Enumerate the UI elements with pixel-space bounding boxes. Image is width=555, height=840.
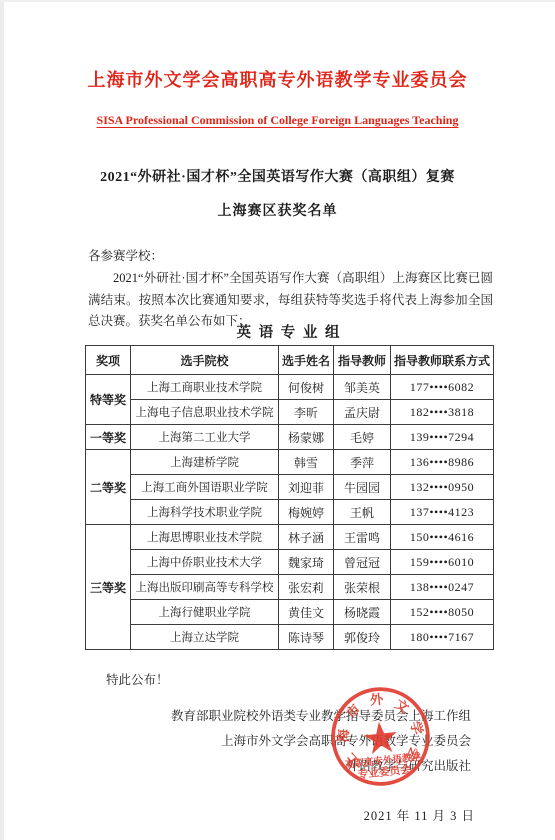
school-cell: 上海建桥学院 — [131, 450, 279, 475]
phone-cell: 137••••4123 — [391, 500, 494, 525]
table-row: 三等奖上海思博职业技术学院林子涵王雷鸣150••••4616 — [86, 525, 494, 550]
table-row: 上海行健职业学院黄佳文杨晓霞152••••8050 — [86, 600, 494, 625]
group-heading: 英 语 专 业 组 — [85, 321, 493, 342]
body-block: 各参赛学校： 2021“外研社·国才杯”全国英语写作大赛（高职组）上海赛区比赛已… — [88, 245, 493, 333]
date: 2021 年 11 月 3 日 — [364, 806, 475, 824]
table-row: 上海科学技术职业学院梅婉婷王帆137••••4123 — [86, 500, 494, 525]
doc-title-line1: 2021“外研社·国才杯”全国英语写作大赛（高职组）复赛 — [0, 166, 555, 186]
name-cell: 刘迎菲 — [279, 475, 334, 500]
phone-cell: 139••••7294 — [391, 425, 494, 450]
award-cell: 三等奖 — [86, 525, 131, 650]
school-cell: 上海中侨职业技术大学 — [131, 550, 279, 575]
name-cell: 李昕 — [279, 400, 334, 425]
award-cell: 二等奖 — [86, 450, 131, 525]
col-header-name: 选手姓名 — [279, 346, 334, 375]
school-cell: 上海工商外国语职业学院 — [131, 475, 279, 500]
org-title-en: SISA Professional Commission of College … — [0, 113, 555, 128]
col-header-school: 选手院校 — [131, 346, 279, 375]
school-cell: 上海出版印刷高等专科学校 — [131, 575, 279, 600]
school-cell: 上海工商职业技术学院 — [131, 375, 279, 400]
phone-cell: 132••••0950 — [391, 475, 494, 500]
salutation: 各参赛学校： — [88, 245, 493, 268]
org-title-cn: 上海市外文学会高职高专外语教学专业委员会 — [0, 66, 555, 92]
teacher-cell: 杨晓霞 — [334, 600, 391, 625]
table-row: 特等奖上海工商职业技术学院何俊树邹美英177••••6082 — [86, 375, 494, 400]
teacher-cell: 季萍 — [334, 450, 391, 475]
teacher-cell: 毛婷 — [334, 425, 391, 450]
name-cell: 何俊树 — [279, 375, 334, 400]
awards-table-header-row: 奖项 选手院校 选手姓名 指导教师 指导教师联系方式 — [86, 346, 494, 375]
table-row: 上海出版印刷高等专科学校张宏莉张荣根138••••0247 — [86, 575, 494, 600]
phone-cell: 138••••0247 — [391, 575, 494, 600]
teacher-cell: 牛园园 — [334, 475, 391, 500]
school-cell: 上海立达学院 — [131, 625, 279, 650]
name-cell: 张宏莉 — [279, 575, 334, 600]
name-cell: 陈诗琴 — [279, 625, 334, 650]
table-row: 上海中侨职业技术大学魏家琦曾冠冠159••••6010 — [86, 550, 494, 575]
school-cell: 上海思博职业技术学院 — [131, 525, 279, 550]
phone-cell: 182••••3818 — [391, 400, 494, 425]
table-row: 二等奖上海建桥学院韩雪季萍136••••8986 — [86, 450, 494, 475]
school-cell: 上海行健职业学院 — [131, 600, 279, 625]
table-row: 上海电子信息职业技术学院李昕孟庆尉182••••3818 — [86, 400, 494, 425]
phone-cell: 180••••7167 — [391, 625, 494, 650]
name-cell: 黄佳文 — [279, 600, 334, 625]
name-cell: 林子涵 — [279, 525, 334, 550]
award-cell: 一等奖 — [86, 425, 131, 450]
phone-cell: 150••••4616 — [391, 525, 494, 550]
school-cell: 上海科学技术职业学院 — [131, 500, 279, 525]
signature-block: 教育部职业院校外语类专业教学指导委员会上海工作组 上海市外文学会高职高专外语教学… — [171, 704, 471, 779]
col-header-teacher: 指导教师 — [334, 346, 391, 375]
page-top-edge — [0, 0, 555, 2]
col-header-phone: 指导教师联系方式 — [391, 346, 494, 375]
teacher-cell: 王雷鸣 — [334, 525, 391, 550]
phone-cell: 152••••8050 — [391, 600, 494, 625]
signature-line-2: 上海市外文学会高职高专外语教学专业委员会 — [171, 729, 471, 754]
awards-table-body: 特等奖上海工商职业技术学院何俊树邹美英177••••6082上海电子信息职业技术… — [86, 375, 494, 650]
name-cell: 魏家琦 — [279, 550, 334, 575]
name-cell: 杨蒙娜 — [279, 425, 334, 450]
teacher-cell: 邹美英 — [334, 375, 391, 400]
table-row: 上海立达学院陈诗琴郭俊玲180••••7167 — [86, 625, 494, 650]
table-row: 上海工商外国语职业学院刘迎菲牛园园132••••0950 — [86, 475, 494, 500]
teacher-cell: 曾冠冠 — [334, 550, 391, 575]
teacher-cell: 张荣根 — [334, 575, 391, 600]
award-cell: 特等奖 — [86, 375, 131, 425]
table-row: 一等奖上海第二工业大学杨蒙娜毛婷139••••7294 — [86, 425, 494, 450]
col-header-award: 奖项 — [86, 346, 131, 375]
teacher-cell: 郭俊玲 — [334, 625, 391, 650]
phone-cell: 136••••8986 — [391, 450, 494, 475]
phone-cell: 159••••6010 — [391, 550, 494, 575]
phone-cell: 177••••6082 — [391, 375, 494, 400]
doc-title-line2: 上海赛区获奖名单 — [0, 200, 555, 220]
document-page: 上海市外文学会高职高专外语教学专业委员会 SISA Professional C… — [0, 0, 555, 840]
name-cell: 梅婉婷 — [279, 500, 334, 525]
signature-line-3: 外语教学与研究出版社 — [171, 754, 471, 779]
teacher-cell: 孟庆尉 — [334, 400, 391, 425]
teacher-cell: 王帆 — [334, 500, 391, 525]
closing-statement: 特此公布！ — [106, 670, 169, 688]
school-cell: 上海第二工业大学 — [131, 425, 279, 450]
signature-line-1: 教育部职业院校外语类专业教学指导委员会上海工作组 — [171, 704, 471, 729]
school-cell: 上海电子信息职业技术学院 — [131, 400, 279, 425]
awards-table: 奖项 选手院校 选手姓名 指导教师 指导教师联系方式 特等奖上海工商职业技术学院… — [85, 345, 494, 650]
name-cell: 韩雪 — [279, 450, 334, 475]
